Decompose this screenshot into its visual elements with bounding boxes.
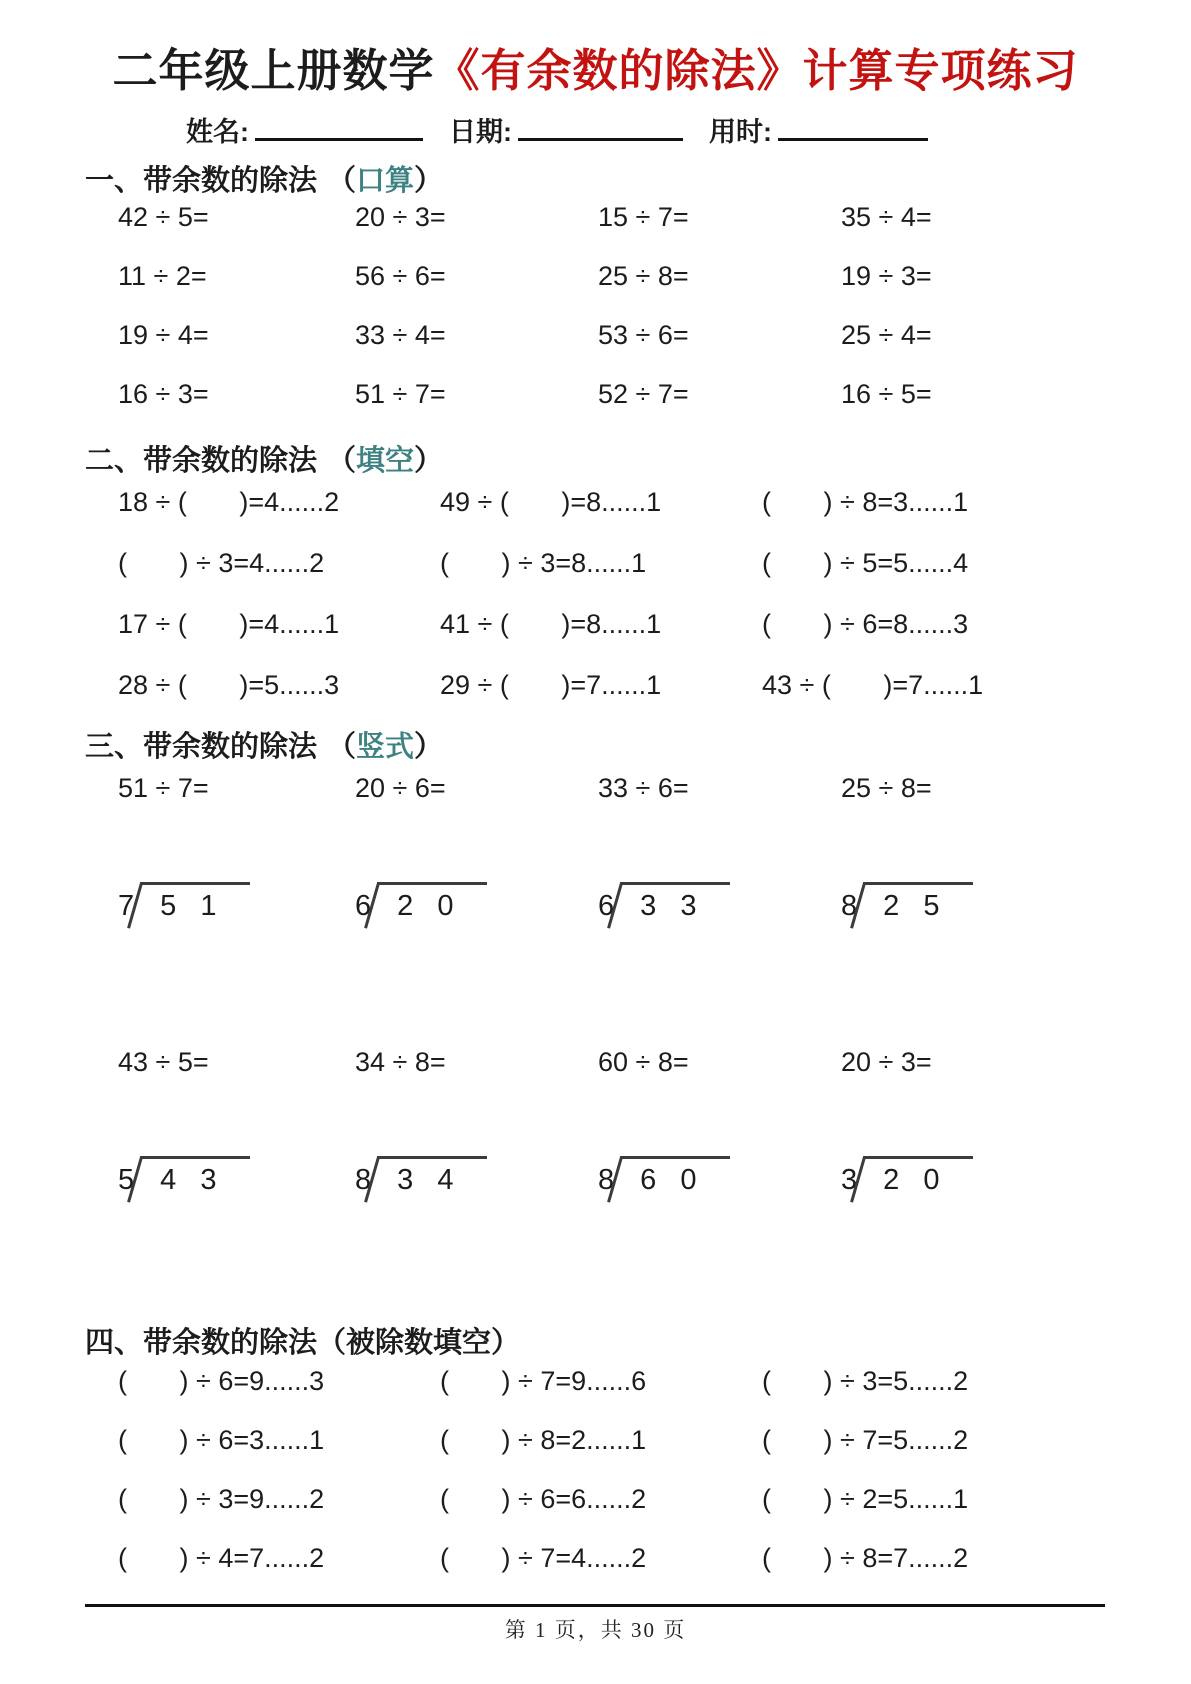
long-division-bracket: 86 0 [598, 1156, 841, 1221]
problem: 11 ÷ 2= [118, 261, 355, 292]
problem: 17 ÷ ( )=4......1 [118, 609, 440, 640]
page-title: 二年级上册数学《有余数的除法》计算专项练习 [0, 34, 1191, 99]
problem: 43 ÷ ( )=7......1 [762, 670, 1092, 701]
problem: 19 ÷ 4= [118, 320, 355, 351]
problem: 20 ÷ 3= [841, 1047, 1061, 1078]
section2-problem-grid: 18 ÷ ( )=4......2 49 ÷ ( )=8......1 ( ) … [118, 472, 1092, 716]
section1-problem-grid: 42 ÷ 5= 20 ÷ 3= 15 ÷ 7= 35 ÷ 4= 11 ÷ 2= … [118, 188, 1061, 424]
date-label: 日期: [449, 117, 512, 147]
section3-heading-text: 三、带余数的除法 [85, 731, 317, 763]
paren-open: （ [327, 731, 356, 763]
section3-heading: 三、带余数的除法（竖式） [85, 724, 443, 765]
page-title-red: 《有余数的除法》计算专项练习 [435, 45, 1079, 96]
problem: 42 ÷ 5= [118, 202, 355, 233]
long-division-dividend: 3 4 [377, 1156, 487, 1221]
long-division-bracket: 32 0 [841, 1156, 1061, 1221]
long-division-dividend: 5 1 [140, 882, 250, 947]
problem: 33 ÷ 4= [355, 320, 598, 351]
problem: ( ) ÷ 6=6......2 [440, 1484, 762, 1515]
long-division-bracket: 83 4 [355, 1156, 598, 1221]
long-division-dividend: 3 3 [620, 882, 730, 947]
section3-problem-row1: 51 ÷ 7= 20 ÷ 6= 33 ÷ 6= 25 ÷ 8= [118, 770, 1061, 806]
long-division-bracket: 63 3 [598, 882, 841, 947]
name-blank-line [255, 118, 423, 141]
problem: 56 ÷ 6= [355, 261, 598, 292]
date-blank-line [518, 118, 683, 141]
footer-divider [85, 1604, 1105, 1607]
problem: ( ) ÷ 3=8......1 [440, 548, 762, 579]
problem: ( ) ÷ 7=4......2 [440, 1543, 762, 1574]
time-blank-line [778, 118, 928, 141]
long-division-dividend: 4 3 [140, 1156, 250, 1221]
section4-problem-grid: ( ) ÷ 6=9......3 ( ) ÷ 7=9......6 ( ) ÷ … [118, 1352, 1092, 1588]
problem: ( ) ÷ 7=5......2 [762, 1425, 1092, 1456]
problem: ( ) ÷ 4=7......2 [118, 1543, 440, 1574]
long-division-dividend: 2 0 [863, 1156, 973, 1221]
problem: 20 ÷ 3= [355, 202, 598, 233]
problem: 53 ÷ 6= [598, 320, 841, 351]
problem: ( ) ÷ 2=5......1 [762, 1484, 1092, 1515]
problem: 25 ÷ 8= [841, 773, 1061, 804]
problem: 20 ÷ 6= [355, 773, 598, 804]
problem: ( ) ÷ 8=7......2 [762, 1543, 1092, 1574]
long-division-dividend: 2 5 [863, 882, 973, 947]
name-label: 姓名: [186, 117, 249, 147]
problem: 49 ÷ ( )=8......1 [440, 487, 762, 518]
problem: 25 ÷ 8= [598, 261, 841, 292]
problem: ( ) ÷ 5=5......4 [762, 548, 1092, 579]
problem: ( ) ÷ 7=9......6 [440, 1366, 762, 1397]
time-label: 用时: [709, 117, 772, 147]
problem: 18 ÷ ( )=4......2 [118, 487, 440, 518]
page-number: 第 1 页，共 30 页 [0, 1614, 1191, 1644]
section3-tag: 竖式 [356, 731, 414, 763]
problem: ( ) ÷ 3=5......2 [762, 1366, 1092, 1397]
problem: 41 ÷ ( )=8......1 [440, 609, 762, 640]
problem: 51 ÷ 7= [355, 379, 598, 410]
paren-close: ） [414, 731, 443, 763]
problem: 51 ÷ 7= [118, 773, 355, 804]
long-division-bracket: 62 0 [355, 882, 598, 947]
problem: 33 ÷ 6= [598, 773, 841, 804]
problem: 43 ÷ 5= [118, 1047, 355, 1078]
problem: ( ) ÷ 6=9......3 [118, 1366, 440, 1397]
problem: 25 ÷ 4= [841, 320, 1061, 351]
problem: 60 ÷ 8= [598, 1047, 841, 1078]
problem: 35 ÷ 4= [841, 202, 1061, 233]
section3-problem-row2: 43 ÷ 5= 34 ÷ 8= 60 ÷ 8= 20 ÷ 3= [118, 1044, 1061, 1080]
section3-longdiv-row1: 75 1 62 0 63 3 82 5 [118, 882, 1061, 947]
problem: ( ) ÷ 8=2......1 [440, 1425, 762, 1456]
long-division-bracket: 75 1 [118, 882, 355, 947]
long-division-bracket: 54 3 [118, 1156, 355, 1221]
long-division-dividend: 2 0 [377, 882, 487, 947]
long-division-bracket: 82 5 [841, 882, 1061, 947]
problem: 34 ÷ 8= [355, 1047, 598, 1078]
problem: 28 ÷ ( )=5......3 [118, 670, 440, 701]
problem: ( ) ÷ 3=4......2 [118, 548, 440, 579]
problem: 16 ÷ 5= [841, 379, 1061, 410]
problem: ( ) ÷ 6=8......3 [762, 609, 1092, 640]
problem: 52 ÷ 7= [598, 379, 841, 410]
problem: ( ) ÷ 6=3......1 [118, 1425, 440, 1456]
problem: 29 ÷ ( )=7......1 [440, 670, 762, 701]
section3-longdiv-row2: 54 3 83 4 86 0 32 0 [118, 1156, 1061, 1221]
long-division-dividend: 6 0 [620, 1156, 730, 1221]
page-title-black: 二年级上册数学 [112, 45, 434, 96]
header-fields: 姓名:日期:用时: [186, 110, 954, 149]
problem: ( ) ÷ 3=9......2 [118, 1484, 440, 1515]
problem: 15 ÷ 7= [598, 202, 841, 233]
problem: ( ) ÷ 8=3......1 [762, 487, 1092, 518]
problem: 16 ÷ 3= [118, 379, 355, 410]
problem: 19 ÷ 3= [841, 261, 1061, 292]
